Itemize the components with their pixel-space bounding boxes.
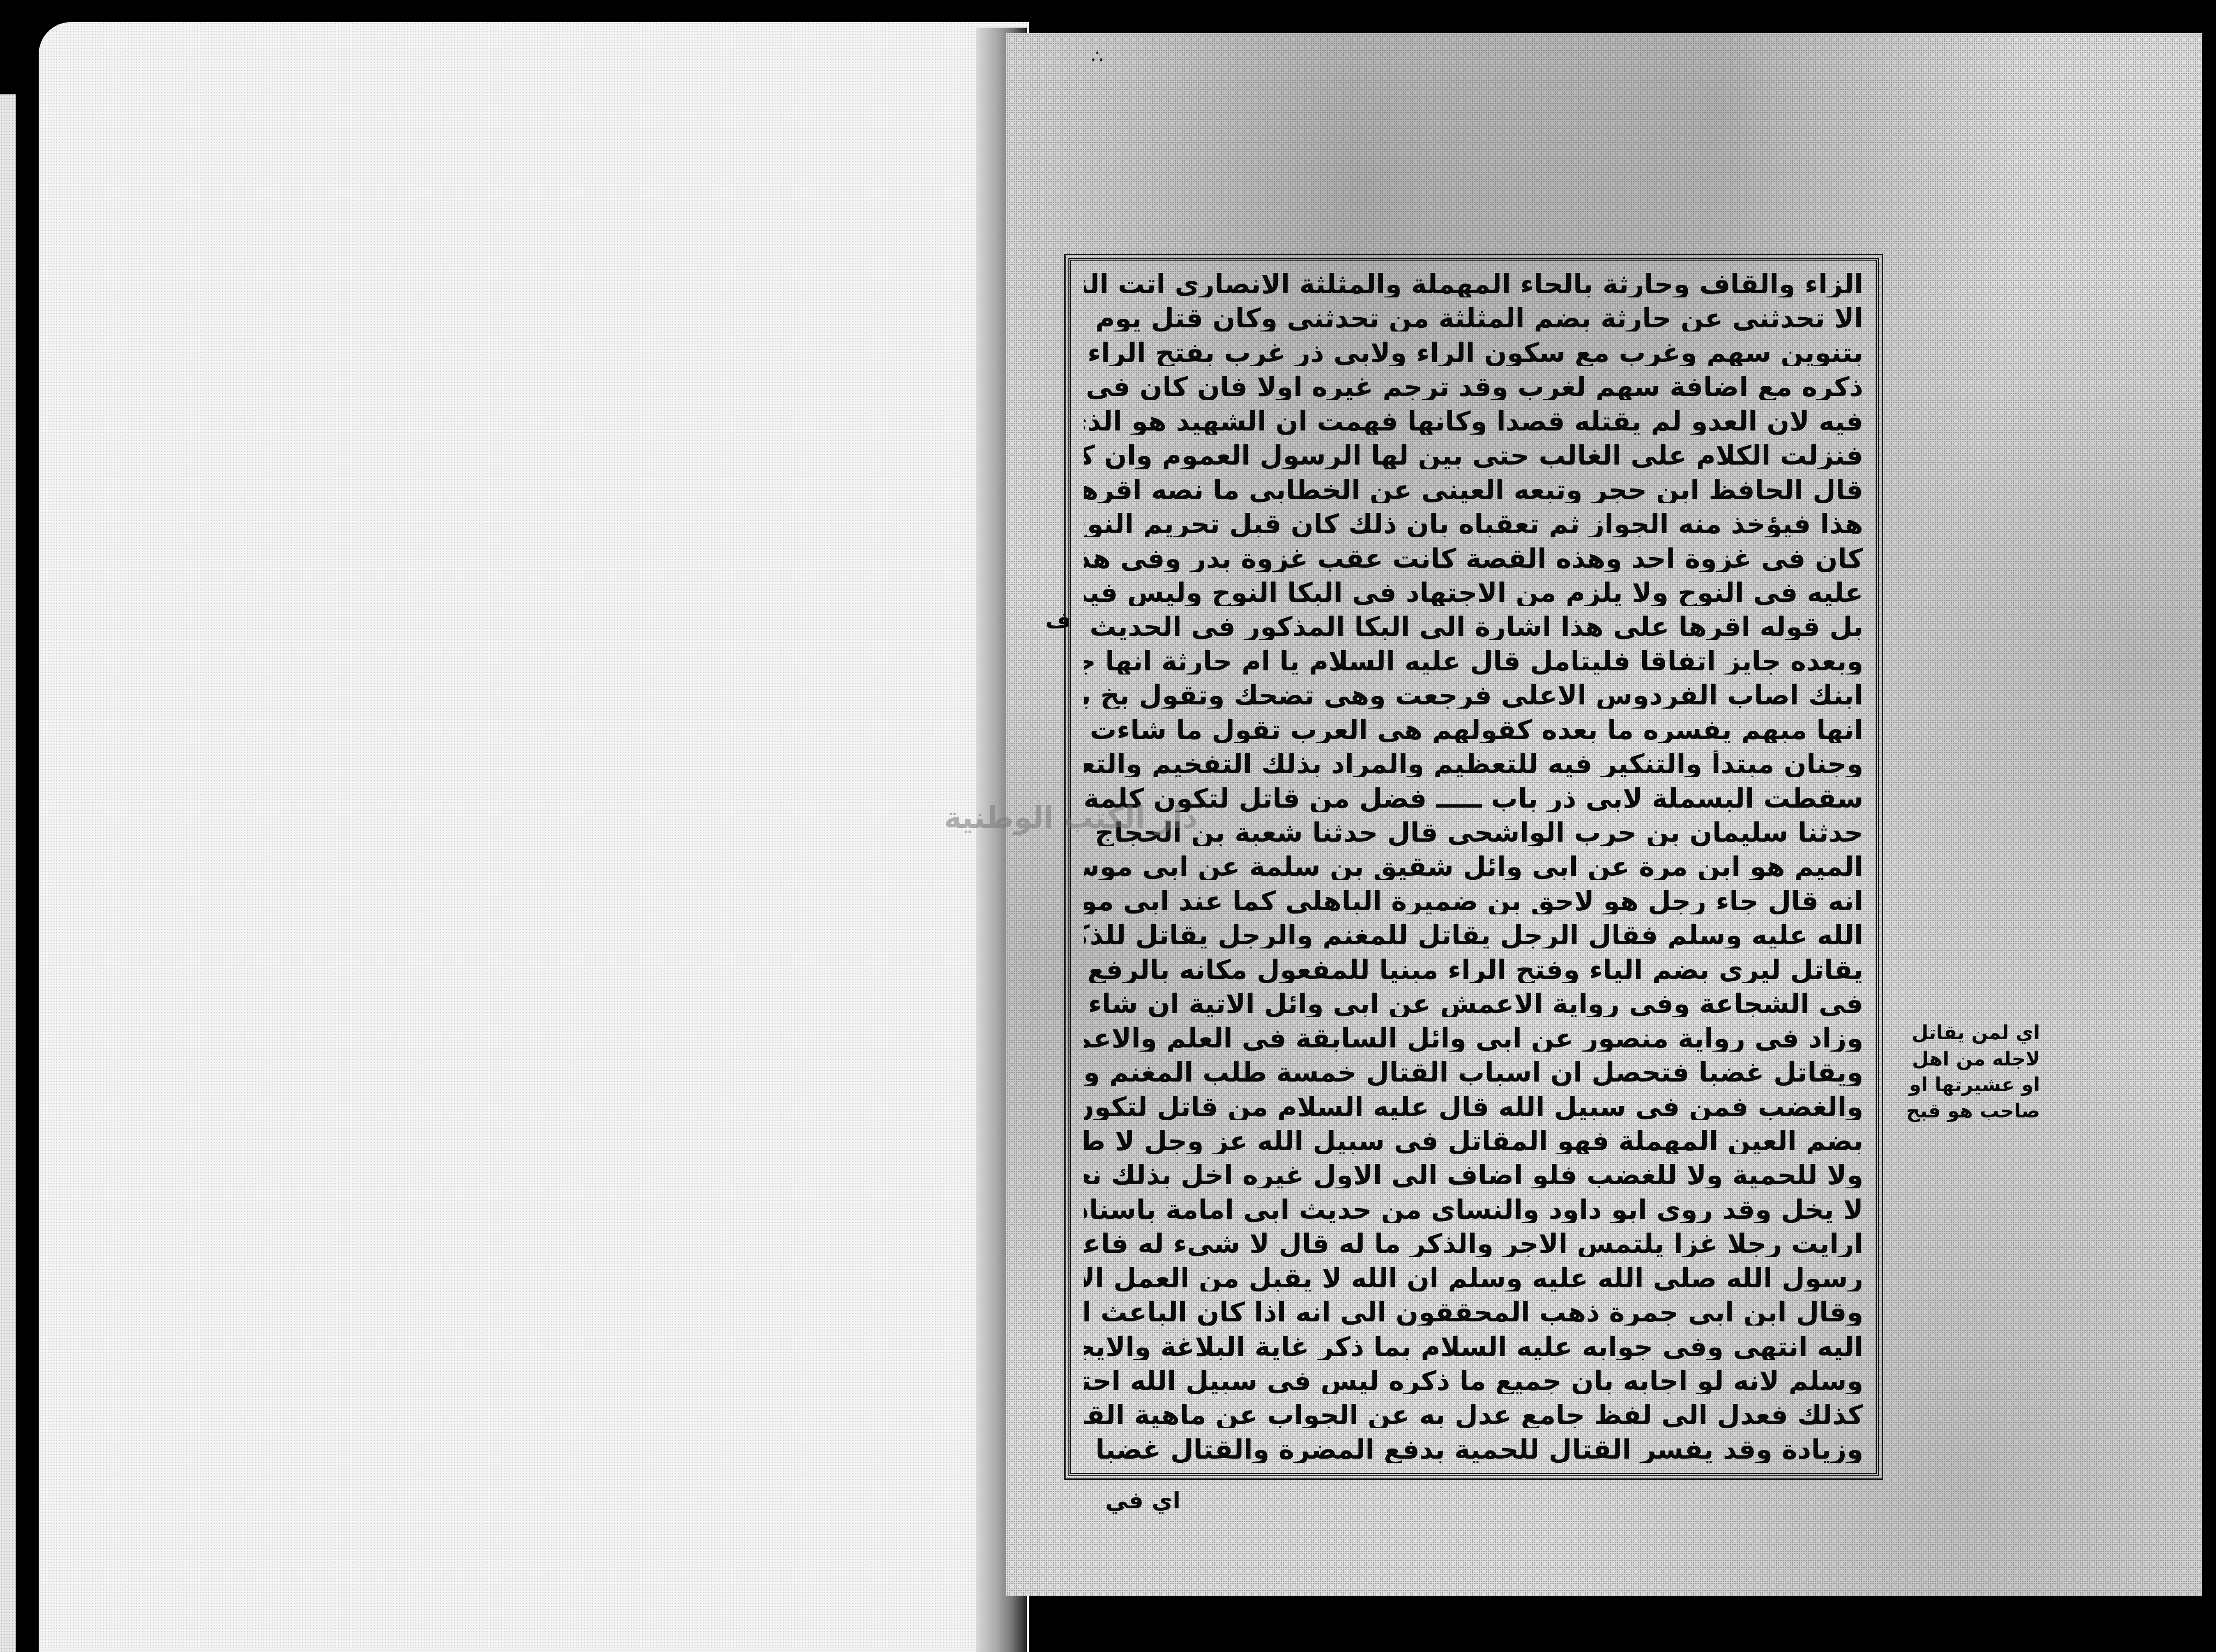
margin-note: اي لمن يقاتل لاجله من اهل او عشيرتها او … <box>1893 1020 2040 1124</box>
manuscript-line: وجنان مبتدأ والتنكير فيه للتعظيم والمراد… <box>1084 750 1863 777</box>
text-block-frame: الزاء والقاف وحارثة بالحاء المهملة والمث… <box>1068 258 1879 1476</box>
manuscript-line: ذكره مع اضافة سهم لغرب وقد ترجم غيره اول… <box>1084 373 1863 400</box>
manuscript-line: الميم هو ابن مرة عن ابي وائل شقيق بن سلم… <box>1084 853 1863 880</box>
manuscript-line: فيه لان العدو لم يقتله قصدا وكانها فهمت … <box>1084 408 1863 435</box>
catchword: اي في <box>1105 1487 1181 1514</box>
manuscript-line: انه قال جاء رجل هو لاحق بن ضميرة الباهلي… <box>1084 888 1863 914</box>
adjacent-page-edge <box>0 94 16 1652</box>
left-blank-page <box>39 22 1029 1652</box>
manuscript-line: رسول الله صلى الله عليه وسلم ان الله لا … <box>1084 1265 1863 1291</box>
manuscript-line: ابنك اصاب الفردوس الاعلى فرجعت وهي تضحك … <box>1084 682 1863 709</box>
manuscript-line: بضم العين المهملة فهو المقاتل في سبيل ال… <box>1084 1128 1863 1154</box>
manuscript-line: الله عليه وسلم فقال الرجل يقاتل للمغنم و… <box>1084 922 1863 948</box>
manuscript-line: وقال ابن ابي جمرة ذهب المحققون الى انه ا… <box>1084 1299 1863 1326</box>
manuscript-line: قال الحافظ ابن حجر وتبعه العيني عن الخطا… <box>1084 477 1863 503</box>
manuscript-line: وسلم لانه لو اجابه بان جميع ما ذكره ليس … <box>1084 1367 1863 1394</box>
manuscript-line: لا يخل وقد روى ابو داود والنساي من حديث … <box>1084 1196 1863 1223</box>
manuscript-line: وبعده جايز اتفاقا فليتامل قال عليه السلا… <box>1084 648 1863 675</box>
manuscript-line: وزيادة وقد يفسر القتال للحمية بدفع المضر… <box>1084 1436 1863 1463</box>
manuscript-line: عليه في النوح ولا يلزم من الاجتهاد في ال… <box>1084 579 1863 606</box>
margin-mark: ف <box>1045 608 1071 634</box>
manuscript-line: وزاد في رواية منصور عن ابي وائل السابقة … <box>1084 1025 1863 1052</box>
manuscript-line: فنزلت الكلام على الغالب حتى بين لها الرس… <box>1084 442 1863 469</box>
manuscript-line: ولا للحمية ولا للغضب فلو اضاف الى الاول … <box>1084 1162 1863 1188</box>
manuscript-line: في الشجاعة وفي رواية الاعمش عن ابي وائل … <box>1084 990 1863 1017</box>
library-watermark: دار الكتب الوطنية <box>944 801 1198 835</box>
manuscript-line: انها مبهم يفسره ما بعده كقولهم هي العرب … <box>1084 716 1863 743</box>
manuscript-line: اليه انتهى وفي جوابه عليه السلام بما ذكر… <box>1084 1333 1863 1360</box>
manuscript-line: والغضب فمن في سبيل الله قال عليه السلام … <box>1084 1094 1863 1120</box>
manuscript-line: كذلك فعدل الى لفظ جامع عدل به عن الجواب … <box>1084 1402 1863 1428</box>
manuscript-line: كان في غزوة احد وهذه القصة كانت عقب غزوة… <box>1084 545 1863 572</box>
manuscript-line: ارايت رجلا غزا يلتمس الاجر والذكر ما له … <box>1084 1230 1863 1257</box>
manuscript-line: بل قوله اقرها على هذا اشارة الى البكا ال… <box>1084 613 1863 640</box>
manuscript-line: الزاء والقاف وحارثة بالحاء المهملة والمث… <box>1084 271 1863 297</box>
manuscript-line: سقطت البسملة لابي ذر باب ـــــ فضل من قا… <box>1084 785 1863 812</box>
margin-note-line: او عشيرتها او صاحب هو قبح <box>1893 1072 2040 1124</box>
manuscript-line: حدثنا سليمان بن حرب الواشحي قال حدثنا شع… <box>1084 819 1863 846</box>
manuscript-line: يقاتل ليرى بضم الياء وفتح الراء مبنيا لل… <box>1084 956 1863 983</box>
margin-note-line: اي لمن يقاتل لاجله من اهل <box>1893 1020 2040 1072</box>
top-ink-mark: ∴ <box>1091 46 1103 67</box>
manuscript-line: الا تحدثني عن حارثة بضم المثلثة من تحدثن… <box>1084 305 1863 332</box>
manuscript-line: ويقاتل غضبا فتحصل ان اسباب القتال خمسة ط… <box>1084 1059 1863 1086</box>
manuscript-line: بتنوين سهم وغرب مع سكون الراء ولابي ذر غ… <box>1084 339 1863 366</box>
manuscript-line: هذا فيؤخذ منه الجواز ثم تعقباه بان ذلك ك… <box>1084 511 1863 537</box>
